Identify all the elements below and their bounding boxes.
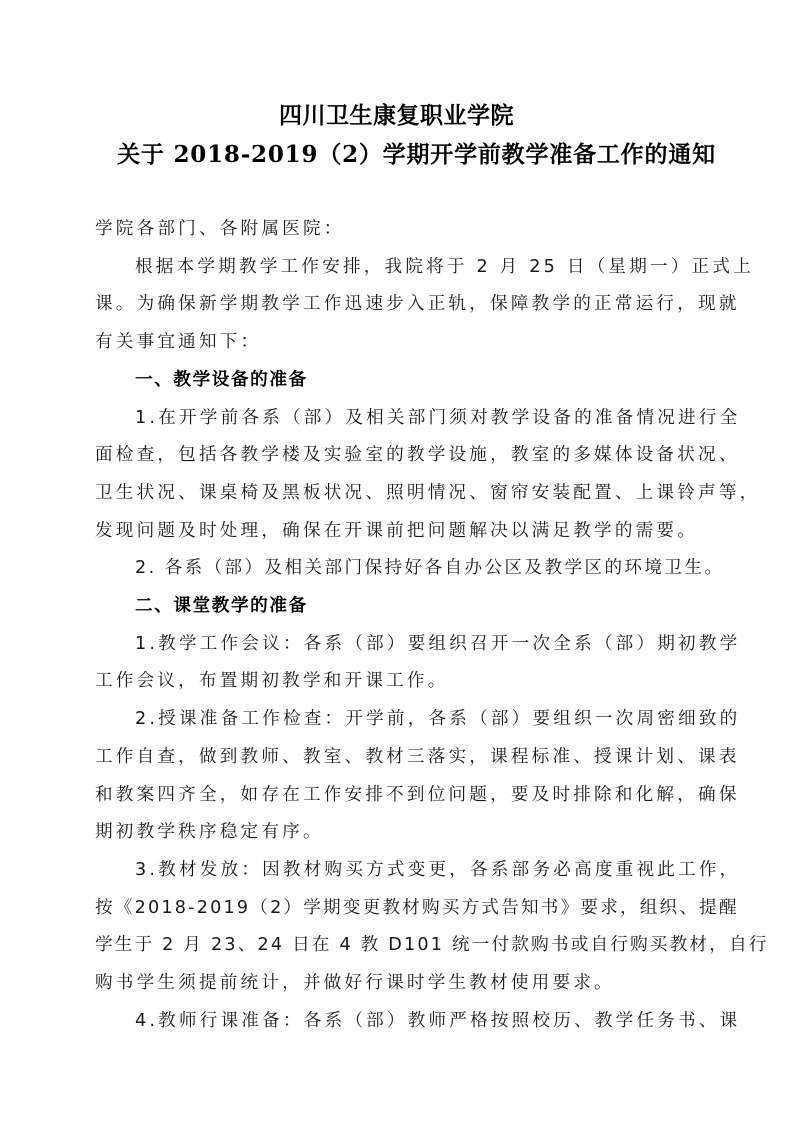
section-1-item-2: 2. 各系（部）及相关部门保持好各自办公区及教学区的环境卫生。 [95,550,715,588]
text-line: 工作自查，做到教师、教室、教材三落实，课程标准、授课计划、课表 [95,739,715,777]
institution-title: 四川卫生康复职业学院 [0,101,793,131]
text-line: 2. 各系（部）及相关部门保持好各自办公区及教学区的环境卫生。 [95,550,715,588]
text-line: 1.教学工作会议：各系（部）要组织召开一次全系（部）期初教学 [95,626,715,664]
text-line: 购书学生须提前统计，并做好行课时学生教材使用要求。 [95,965,715,1003]
text-line: 课。为确保新学期教学工作迅速步入正轨，保障教学的正常运行，现就 [95,286,715,324]
text-line: 有关事宜通知下： [95,324,715,362]
text-line: 按《2018-2019（2）学期变更教材购买方式告知书》要求，组织、提醒 [95,890,715,928]
section-heading-equipment: 一、教学设备的准备 [95,362,715,400]
intro-paragraph: 根据本学期教学工作安排，我院将于 2 月 25 日（星期一）正式上 课。为确保新… [95,249,715,362]
salutation-text: 学院各部门、各附属医院： [95,211,715,249]
text-line: 根据本学期教学工作安排，我院将于 2 月 25 日（星期一）正式上 [95,249,715,287]
text-line: 学生于 2 月 23、24 日在 4 教 D101 统一付款购书或自行购买教材，… [95,927,715,965]
section-heading-classroom: 二、课堂教学的准备 [95,588,715,626]
section-2-item-3: 3.教材发放：因教材购买方式变更，各系部务必高度重视此工作， 按《2018-20… [95,852,715,1003]
text-line: 2.授课准备工作检查：开学前，各系（部）要组织一次周密细致的 [95,701,715,739]
heading-text: 二、课堂教学的准备 [95,588,715,626]
salutation: 学院各部门、各附属医院： [95,211,715,249]
document-page: 四川卫生康复职业学院 关于 2018-2019（2）学期开学前教学准备工作的通知… [0,0,793,1122]
text-line: 和教案四齐全，如存在工作安排不到位问题，要及时排除和化解，确保 [95,777,715,815]
notice-body: 学院各部门、各附属医院： 根据本学期教学工作安排，我院将于 2 月 25 日（星… [95,211,715,1040]
text-line: 4.教师行课准备：各系（部）教师严格按照校历、教学任务书、课 [95,1003,715,1041]
text-line: 发现问题及时处理，确保在开课前把问题解决以满足教学的需要。 [95,513,715,551]
section-2-item-4: 4.教师行课准备：各系（部）教师严格按照校历、教学任务书、课 [95,1003,715,1041]
heading-text: 一、教学设备的准备 [95,362,715,400]
text-line: 卫生状况、课桌椅及黑板状况、照明情况、窗帘安装配置、上课铃声等， [95,475,715,513]
section-1-item-1: 1.在开学前各系（部）及相关部门须对教学设备的准备情况进行全 面检查，包括各教学… [95,400,715,551]
text-line: 期初教学秩序稳定有序。 [95,814,715,852]
section-2-item-2: 2.授课准备工作检查：开学前，各系（部）要组织一次周密细致的 工作自查，做到教师… [95,701,715,852]
text-line: 1.在开学前各系（部）及相关部门须对教学设备的准备情况进行全 [95,400,715,438]
text-line: 3.教材发放：因教材购买方式变更，各系部务必高度重视此工作， [95,852,715,890]
section-2-item-1: 1.教学工作会议：各系（部）要组织召开一次全系（部）期初教学 工作会议，布置期初… [95,626,715,701]
text-line: 面检查，包括各教学楼及实验室的教学设施，教室的多媒体设备状况、 [95,437,715,475]
notice-title: 关于 2018-2019（2）学期开学前教学准备工作的通知 [20,140,793,170]
text-line: 工作会议，布置期初教学和开课工作。 [95,663,715,701]
